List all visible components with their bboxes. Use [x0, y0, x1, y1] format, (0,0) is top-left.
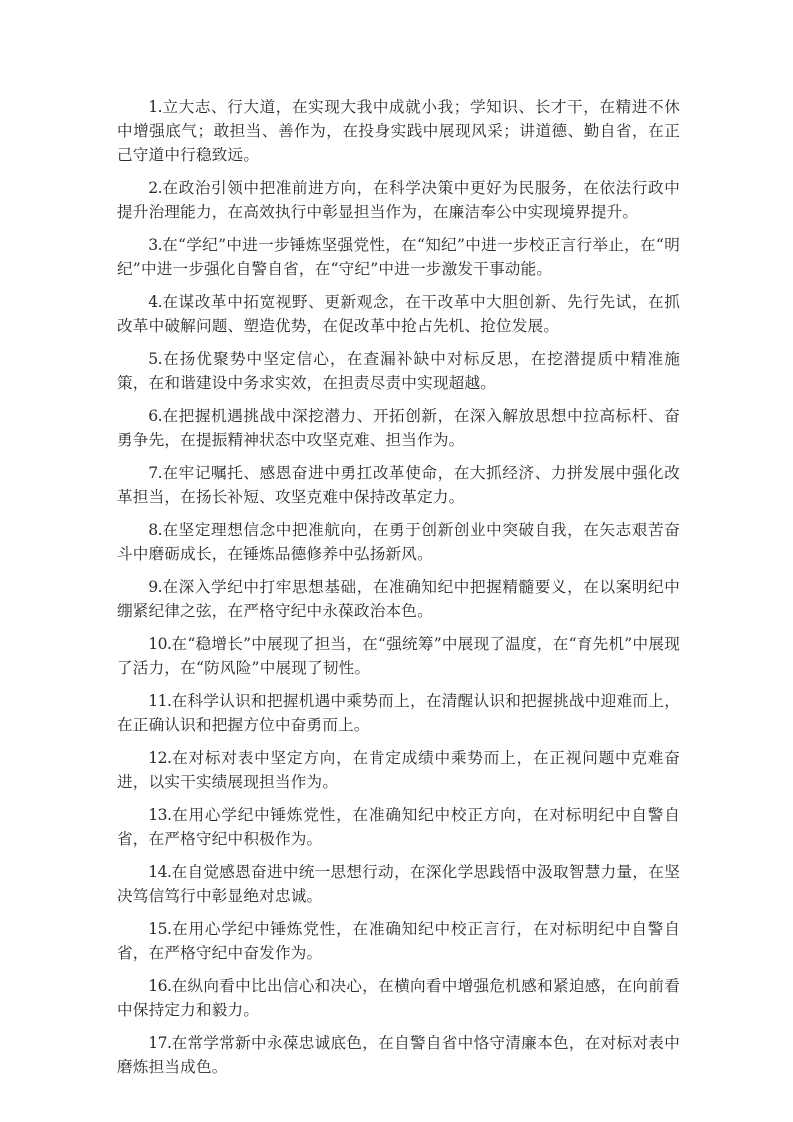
item-number: 12.	[148, 749, 171, 767]
paragraph-9: 9.在深入学纪中打牢思想基础，在准确知纪中把握精髓要义，在以案明纪中绷紧纪律之弦…	[117, 575, 680, 623]
paragraph-text: 在谋改革中拓宽视野、更新观念，在干改革中大胆创新、先行先试，在抓改革中破解问题、…	[117, 293, 680, 335]
paragraph-text: 在坚定理想信念中把准航向，在勇于创新创业中突破自我，在矢志艰苦奋斗中磨砺成长，在…	[117, 521, 680, 563]
paragraph-6: 6.在把握机遇挑战中深挖潜力、开拓创新，在深入解放思想中拉高标杆、奋勇争先，在提…	[117, 404, 680, 452]
paragraph-2: 2.在政治引领中把准前进方向，在科学决策中更好为民服务，在依法行政中提升治理能力…	[117, 176, 680, 224]
item-number: 17.	[148, 1034, 171, 1052]
paragraph-17: 17.在常学常新中永葆忠诚底色，在自警自省中恪守清廉本色，在对标对表中磨炼担当成…	[117, 1031, 680, 1079]
paragraph-14: 14.在自觉感恩奋进中统一思想行动，在深化学思践悟中汲取智慧力量，在坚决笃信笃行…	[117, 860, 680, 908]
paragraph-text: 在纵向看中比出信心和决心，在横向看中增强危机感和紧迫感，在向前看中保持定力和毅力…	[117, 977, 680, 1019]
paragraph-11: 11.在科学认识和把握机遇中乘势而上，在清醒认识和把握挑战中迎难而上，在正确认识…	[117, 689, 680, 737]
paragraph-text: 在“学纪”中进一步锤炼坚强党性，在“知纪”中进一步校正言行举止，在“明纪”中进一…	[117, 236, 680, 278]
paragraph-3: 3.在“学纪”中进一步锤炼坚强党性，在“知纪”中进一步校正言行举止，在“明纪”中…	[117, 233, 680, 281]
paragraph-7: 7.在牢记嘱托、感恩奋进中勇扛改革使命，在大抓经济、力拼发展中强化改革担当，在扬…	[117, 461, 680, 509]
paragraph-12: 12.在对标对表中坚定方向，在肯定成绩中乘势而上，在正视问题中克难奋进，以实干实…	[117, 746, 680, 794]
item-number: 4.	[148, 293, 162, 311]
paragraph-10: 10.在“稳增长”中展现了担当，在“强统筹”中展现了温度，在“育先机”中展现了活…	[117, 632, 680, 680]
paragraph-text: 在牢记嘱托、感恩奋进中勇扛改革使命，在大抓经济、力拼发展中强化改革担当，在扬长补…	[117, 464, 680, 506]
item-number: 3.	[148, 236, 162, 254]
document-page: 1.立大志、行大道，在实现大我中成就小我；学知识、长才干，在精进不休中增强底气；…	[117, 95, 680, 1088]
paragraph-13: 13.在用心学纪中锤炼党性，在准确知纪中校正方向，在对标明纪中自警自省，在严格守…	[117, 803, 680, 851]
paragraph-16: 16.在纵向看中比出信心和决心，在横向看中增强危机感和紧迫感，在向前看中保持定力…	[117, 974, 680, 1022]
item-number: 10.	[148, 635, 171, 653]
item-number: 9.	[148, 578, 162, 596]
item-number: 7.	[148, 464, 162, 482]
item-number: 2.	[148, 179, 162, 197]
paragraph-text: 在用心学纪中锤炼党性，在准确知纪中校正方向，在对标明纪中自警自省，在严格守纪中积…	[117, 806, 680, 848]
paragraph-8: 8.在坚定理想信念中把准航向，在勇于创新创业中突破自我，在矢志艰苦奋斗中磨砺成长…	[117, 518, 680, 566]
paragraph-4: 4.在谋改革中拓宽视野、更新观念，在干改革中大胆创新、先行先试，在抓改革中破解问…	[117, 290, 680, 338]
paragraph-text: 在“稳增长”中展现了担当，在“强统筹”中展现了温度，在“育先机”中展现了活力，在…	[117, 635, 680, 677]
paragraph-text: 在扬优聚势中坚定信心，在查漏补缺中对标反思，在挖潜提质中精准施策，在和谐建设中务…	[117, 350, 680, 392]
item-number: 5.	[148, 350, 162, 368]
item-number: 14.	[148, 863, 171, 881]
paragraph-text: 在深入学纪中打牢思想基础，在准确知纪中把握精髓要义，在以案明纪中绷紧纪律之弦，在…	[117, 578, 680, 620]
item-number: 16.	[148, 977, 171, 995]
paragraph-text: 立大志、行大道，在实现大我中成就小我；学知识、长才干，在精进不休中增强底气；敢担…	[117, 98, 680, 164]
paragraph-15: 15.在用心学纪中锤炼党性，在准确知纪中校正言行，在对标明纪中自警自省，在严格守…	[117, 917, 680, 965]
item-number: 8.	[148, 521, 162, 539]
paragraph-text: 在政治引领中把准前进方向，在科学决策中更好为民服务，在依法行政中提升治理能力，在…	[117, 179, 680, 221]
item-number: 15.	[148, 920, 171, 938]
paragraph-text: 在自觉感恩奋进中统一思想行动，在深化学思践悟中汲取智慧力量，在坚决笃信笃行中彰显…	[117, 863, 680, 905]
paragraph-text: 在把握机遇挑战中深挖潜力、开拓创新，在深入解放思想中拉高标杆、奋勇争先，在提振精…	[117, 407, 680, 449]
item-number: 13.	[148, 806, 171, 824]
paragraph-text: 在常学常新中永葆忠诚底色，在自警自省中恪守清廉本色，在对标对表中磨炼担当成色。	[117, 1034, 680, 1076]
paragraph-text: 在科学认识和把握机遇中乘势而上，在清醒认识和把握挑战中迎难而上，在正确认识和把握…	[117, 692, 680, 734]
item-number: 11.	[148, 692, 171, 710]
paragraph-text: 在用心学纪中锤炼党性，在准确知纪中校正言行，在对标明纪中自警自省，在严格守纪中奋…	[117, 920, 680, 962]
item-number: 1.	[148, 98, 162, 116]
paragraph-5: 5.在扬优聚势中坚定信心，在查漏补缺中对标反思，在挖潜提质中精准施策，在和谐建设…	[117, 347, 680, 395]
paragraph-1: 1.立大志、行大道，在实现大我中成就小我；学知识、长才干，在精进不休中增强底气；…	[117, 95, 680, 167]
paragraph-text: 在对标对表中坚定方向，在肯定成绩中乘势而上，在正视问题中克难奋进，以实干实绩展现…	[117, 749, 680, 791]
item-number: 6.	[148, 407, 162, 425]
